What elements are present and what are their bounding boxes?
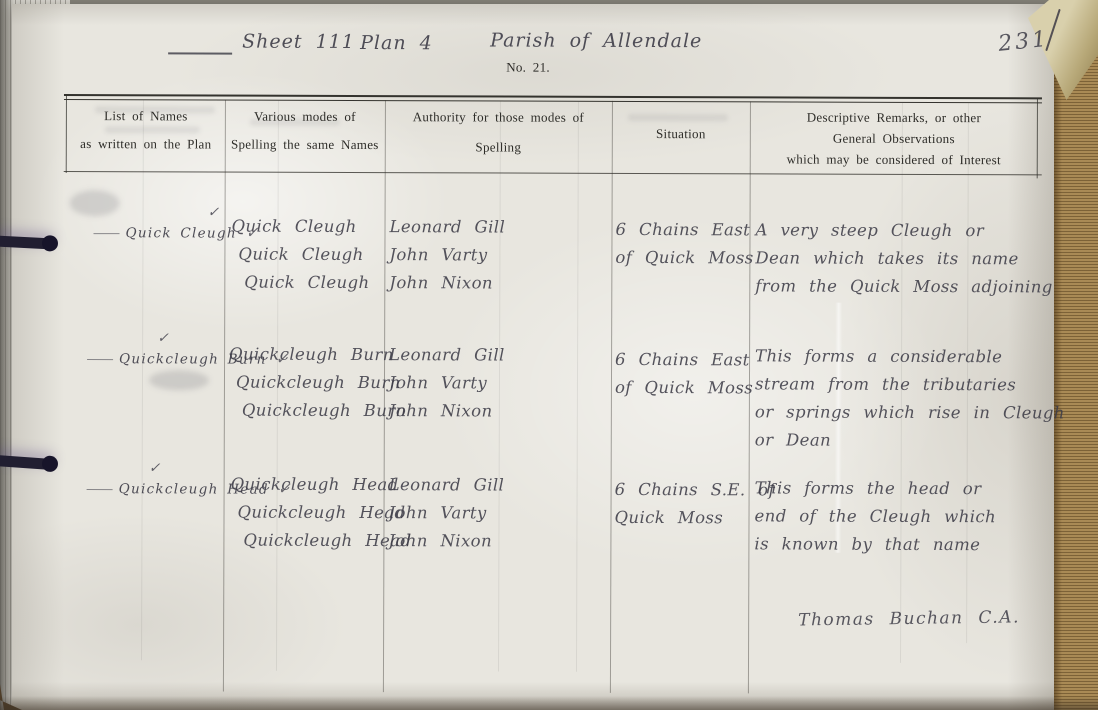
sheet-label: Sheet 111 [242, 31, 355, 53]
page-number: 231 [997, 27, 1050, 57]
remarks-line: or springs which rise in Cleugh [755, 398, 1065, 427]
table-left-rule [66, 95, 67, 173]
situation-cell: 6 Chains East of Quick Moss [615, 216, 753, 272]
table-row: ✓ Quickcleugh Head ✓ Quickcleugh Head Qu… [0, 0, 1098, 4]
situation-cell: 6 Chains East of Quick Moss [615, 346, 753, 402]
bleedthrough-rule [141, 100, 144, 660]
header-bottom-rule [64, 171, 1042, 175]
authority-cell: Leonard Gill John Varty John Nixon [389, 341, 505, 425]
remarks-cell: This forms a considerable stream from th… [755, 342, 1065, 455]
check-mark: ✓ [149, 460, 161, 476]
situation-cell: 6 Chains S.E. of Quick Moss [614, 476, 775, 533]
situation-line: 6 Chains East [615, 216, 753, 244]
table-top-rule-2 [64, 99, 1042, 103]
remarks-line: or Dean [755, 426, 1065, 455]
header-remarks: Descriptive Remarks, or other General Ob… [753, 106, 1035, 170]
authority-line: John Varty [389, 241, 505, 269]
situation-line: of Quick Moss [615, 244, 753, 272]
header-spelling-modes: Various modes of Spelling the same Names [228, 109, 382, 154]
remarks-line: end of the Cleugh which [754, 502, 996, 531]
table-row: ✓ Quickcleugh Burn ✓ Quickcleugh Burn Qu… [0, 0, 1098, 4]
column-rule-3 [610, 101, 613, 693]
header-names-line2: as written on the Plan [70, 136, 222, 153]
spelling-modes-cell: Quickcleugh Burn Quickcleugh Burn Quickc… [229, 341, 407, 426]
leading-dash [87, 359, 113, 360]
authority-line: Leonard Gill [389, 471, 505, 499]
header-remarks-line1: Descriptive Remarks, or other [753, 106, 1035, 128]
header-names: List of Names as written on the Plan [70, 108, 222, 153]
plan-label: Plan 4 [360, 32, 433, 54]
spelling-line: Quickcleugh Burn [242, 397, 407, 426]
header-spelling-line1: Various modes of [228, 109, 382, 126]
check-mark: ✓ [157, 330, 169, 346]
remarks-cell: This forms the head or end of the Cleugh… [754, 474, 996, 559]
spelling-line: Quickcleugh Burn [229, 341, 407, 370]
authority-line: John Varty [389, 369, 505, 397]
authority-line: John Nixon [388, 527, 504, 555]
header-authority-line1: Authority for those modes of [388, 109, 609, 126]
situation-line: Quick Moss [614, 504, 774, 533]
spelling-line: Quick Cleugh [238, 241, 369, 269]
authority-line: Leonard Gill [389, 341, 505, 369]
remarks-line: A very steep Cleugh or [755, 216, 1053, 245]
bleedthrough-rule [576, 102, 579, 672]
leading-dash [93, 233, 119, 234]
remarks-line: is known by that name [754, 530, 996, 559]
spelling-line: Quickcleugh Head [231, 471, 412, 500]
spelling-line: Quickcleugh Head [237, 499, 411, 528]
remarks-line: This forms a considerable [755, 342, 1065, 371]
authority-line: John Varty [388, 499, 504, 527]
name-text: Quick Cleugh [125, 225, 236, 241]
authority-cell: Leonard Gill John Varty John Nixon [388, 471, 504, 555]
header-names-line1: List of Names [70, 108, 222, 125]
scanned-name-book-page: Sheet 111 Plan 4 Parish of Allendale No.… [0, 0, 1098, 710]
column-rule-1 [223, 100, 226, 692]
ink-smudge [149, 370, 209, 390]
spelling-line: Quickcleugh Head [243, 527, 411, 556]
remarks-line: This forms the head or [755, 474, 997, 503]
header-authority: Authority for those modes of Spelling [388, 109, 609, 156]
header-situation: Situation [615, 126, 747, 142]
header-spelling-line2: Spelling the same Names [228, 137, 382, 154]
authority-cell: Leonard Gill John Varty John Nixon [389, 213, 505, 297]
situation-line: 6 Chains East [615, 346, 753, 374]
situation-line: 6 Chains S.E. of [615, 476, 775, 505]
header-authority-line2: Spelling [388, 139, 609, 156]
blank-line [168, 52, 232, 54]
leading-dash [87, 489, 113, 490]
authority-line: John Nixon [389, 269, 505, 297]
remarks-line: stream from the tributaries [755, 370, 1065, 399]
ink-smudge [70, 190, 120, 216]
check-mark: ✓ [208, 204, 220, 220]
situation-line: of Quick Moss [615, 374, 753, 402]
bleedthrough-mark [628, 114, 728, 121]
header-situation-line1: Situation [615, 126, 747, 142]
spelling-modes-cell: Quickcleugh Head Quickcleugh Head Quickc… [230, 471, 411, 556]
header-remarks-line2: General Observations [753, 127, 1035, 149]
remarks-cell: A very steep Cleugh or Dean which takes … [755, 216, 1053, 301]
authority-line: Leonard Gill [389, 213, 505, 241]
remarks-line: Dean which takes its name [755, 244, 1053, 273]
spelling-modes-cell: Quick Cleugh Quick Cleugh Quick Cleugh [231, 213, 369, 297]
header-remarks-line3: which may be considered of Interest [753, 148, 1035, 170]
surveyor-signature: Thomas Buchan C.A. [798, 607, 1020, 630]
table-row: ✓ Quick Cleugh ✓ Quick Cleugh Quick Cleu… [0, 0, 1098, 4]
spelling-line: Quick Cleugh [231, 213, 369, 241]
spelling-line: Quick Cleugh [244, 269, 369, 297]
remarks-line: from the Quick Moss adjoining [755, 272, 1053, 301]
parish-label: Parish of Allendale [490, 29, 702, 52]
authority-line: John Nixon [389, 397, 505, 425]
page-no-label: No. 21. [498, 59, 558, 75]
table-right-rule [1037, 98, 1038, 178]
spelling-line: Quickcleugh Burn [236, 369, 407, 398]
